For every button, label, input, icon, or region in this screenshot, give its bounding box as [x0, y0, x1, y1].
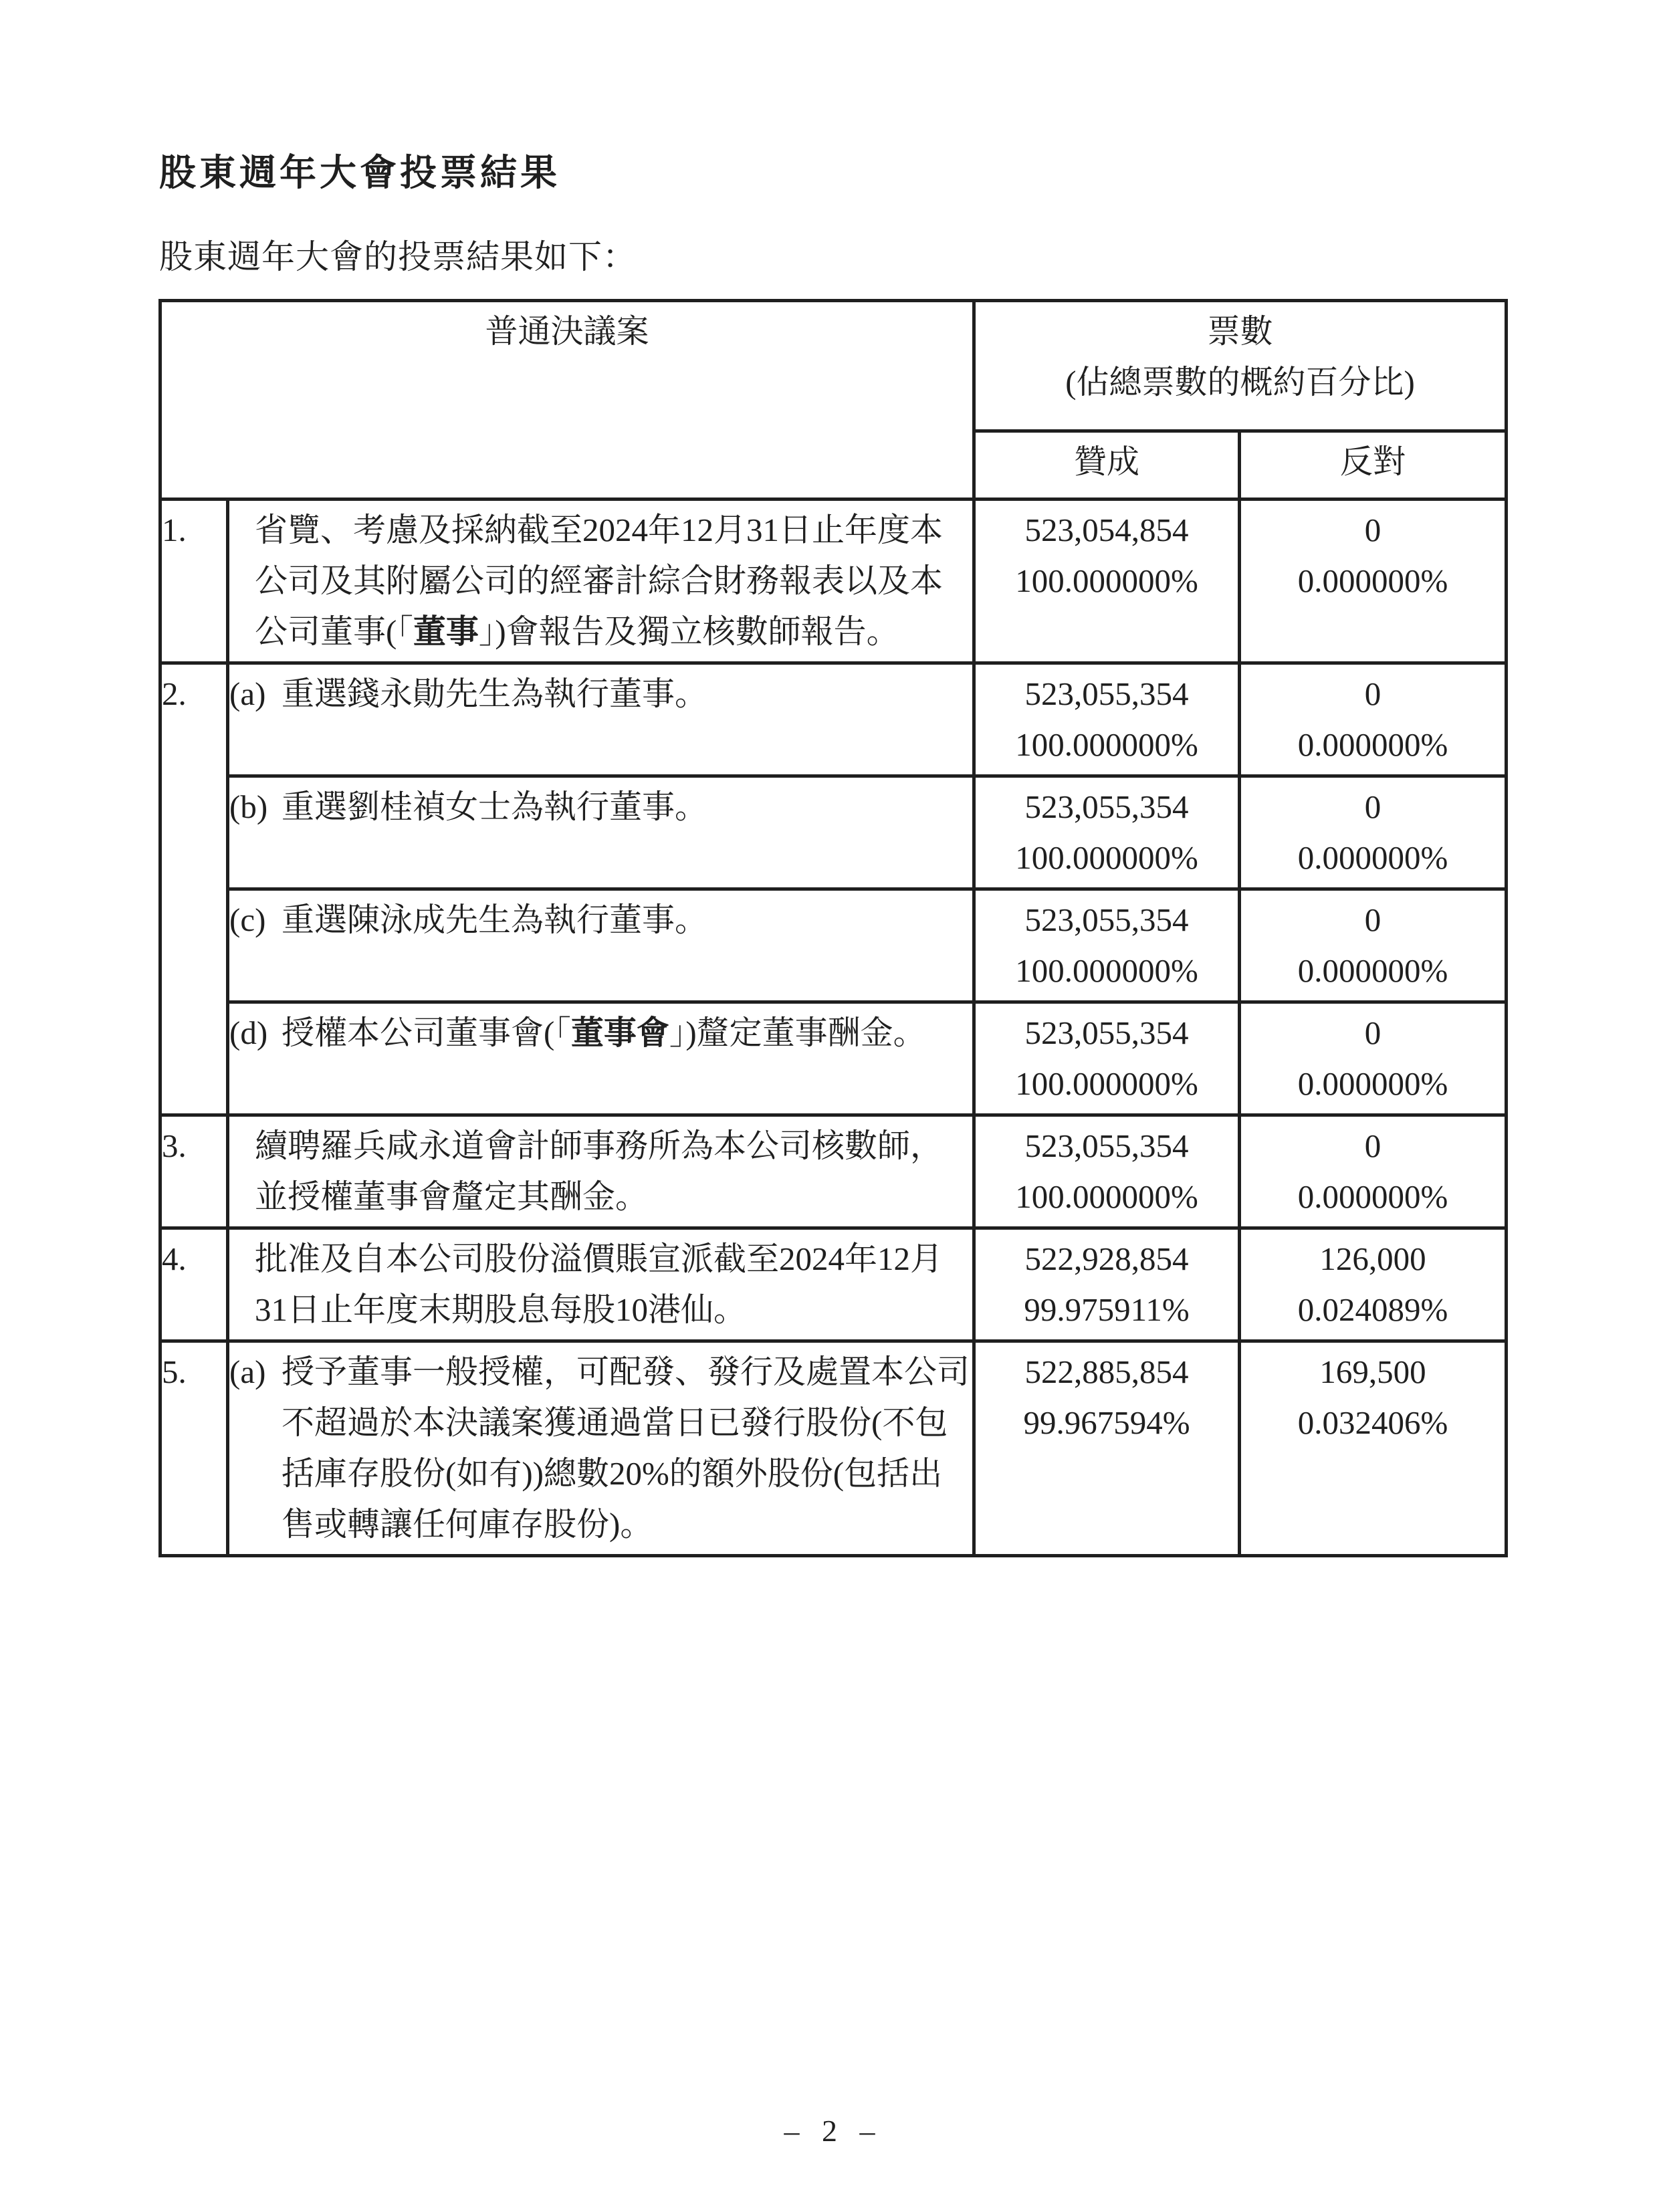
resolution-letter: (c)	[229, 895, 282, 946]
votes-for-cell: 523,054,854 100.000000%	[974, 500, 1240, 663]
votes-for-percent: 100.000000%	[976, 946, 1238, 996]
votes-against-count: 0	[1241, 669, 1505, 720]
votes-against-cell: 0 0.000000%	[1240, 1002, 1507, 1115]
column-header-against: 反對	[1240, 431, 1507, 500]
votes-against-percent: 0.000000%	[1241, 1059, 1505, 1109]
votes-for-cell: 522,885,854 99.967594%	[974, 1341, 1240, 1556]
votes-against-percent: 0.000000%	[1241, 833, 1505, 883]
resolution-text: 重選劉桂禎女士為執行董事。	[282, 782, 972, 833]
votes-against-percent: 0.000000%	[1241, 946, 1505, 996]
votes-for-count: 523,055,354	[976, 782, 1238, 833]
resolution-text: 授予董事一般授權，可配發、發行及處置本公司不超過於本決議案獲通過當日已發行股份(…	[282, 1347, 972, 1550]
header-row-top: 普通決議案 票數 (佔總票數的概約百分比)	[160, 301, 1507, 431]
votes-for-count: 522,885,854	[976, 1347, 1238, 1398]
votes-for-percent: 100.000000%	[976, 556, 1238, 606]
table-row-3: 3. 續聘羅兵咸永道會計師事務所為本公司核數師，並授權董事會釐定其酬金。 523…	[160, 1115, 1507, 1228]
resolution-number: 5.	[160, 1341, 228, 1556]
votes-against-count: 126,000	[1241, 1234, 1505, 1285]
resolution-text-cell: (b) 重選劉桂禎女士為執行董事。	[228, 776, 974, 889]
votes-for-percent: 99.975911%	[976, 1285, 1238, 1335]
votes-against-cell: 0 0.000000%	[1240, 663, 1507, 776]
votes-against-cell: 0 0.000000%	[1240, 1115, 1507, 1228]
votes-against-percent: 0.032406%	[1241, 1398, 1505, 1448]
resolution-text-cell: (a) 授予董事一般授權，可配發、發行及處置本公司不超過於本決議案獲通過當日已發…	[228, 1341, 974, 1556]
resolution-text: 重選陳泳成先生為執行董事。	[282, 895, 972, 946]
votes-for-percent: 100.000000%	[976, 720, 1238, 770]
votes-against-count: 0	[1241, 1008, 1505, 1059]
resolution-text-cell: (d) 授權本公司董事會(「董事會」)釐定董事酬金。	[228, 1002, 974, 1115]
table-row-5a: 5. (a) 授予董事一般授權，可配發、發行及處置本公司不超過於本決議案獲通過當…	[160, 1341, 1507, 1556]
votes-for-count: 523,055,354	[976, 895, 1238, 946]
table-row-1: 1. 省覽、考慮及採納截至2024年12月31日止年度本公司及其附屬公司的經審計…	[160, 500, 1507, 663]
column-header-resolutions: 普通決議案	[160, 301, 974, 500]
votes-for-count: 523,055,354	[976, 669, 1238, 720]
votes-against-percent: 0.000000%	[1241, 556, 1505, 606]
votes-for-count: 522,928,854	[976, 1234, 1238, 1285]
table-row-2d: (d) 授權本公司董事會(「董事會」)釐定董事酬金。 523,055,354 1…	[160, 1002, 1507, 1115]
table-row-2b: (b) 重選劉桂禎女士為執行董事。 523,055,354 100.000000…	[160, 776, 1507, 889]
votes-header-line1: 票數	[976, 306, 1505, 357]
votes-against-percent: 0.000000%	[1241, 1172, 1505, 1222]
votes-against-percent: 0.024089%	[1241, 1285, 1505, 1335]
votes-for-count: 523,055,354	[976, 1121, 1238, 1172]
votes-for-percent: 99.967594%	[976, 1398, 1238, 1448]
resolution-text-cell: 省覽、考慮及採納截至2024年12月31日止年度本公司及其附屬公司的經審計綜合財…	[228, 500, 974, 663]
resolution-number: 1.	[160, 500, 228, 663]
resolution-letter: (d)	[229, 1008, 282, 1059]
page-number: – 2 –	[0, 2113, 1659, 2148]
resolution-letter: (b)	[229, 782, 282, 833]
votes-against-count: 0	[1241, 895, 1505, 946]
votes-for-percent: 100.000000%	[976, 833, 1238, 883]
resolution-text: 授權本公司董事會(「董事會」)釐定董事酬金。	[282, 1008, 972, 1059]
votes-against-cell: 0 0.000000%	[1240, 889, 1507, 1002]
column-header-votes: 票數 (佔總票數的概約百分比)	[974, 301, 1507, 431]
column-header-for: 贊成	[974, 431, 1240, 500]
votes-against-count: 169,500	[1241, 1347, 1505, 1398]
votes-for-cell: 522,928,854 99.975911%	[974, 1228, 1240, 1341]
votes-against-cell: 126,000 0.024089%	[1240, 1228, 1507, 1341]
resolution-number: 3.	[160, 1115, 228, 1228]
resolution-text-cell: 批准及自本公司股份溢價賬宣派截至2024年12月31日止年度末期股息每股10港仙…	[228, 1228, 974, 1341]
votes-for-percent: 100.000000%	[976, 1172, 1238, 1222]
votes-for-cell: 523,055,354 100.000000%	[974, 1115, 1240, 1228]
resolution-text: 重選錢永勛先生為執行董事。	[282, 669, 972, 720]
resolution-letter: (a)	[229, 1347, 282, 1550]
resolution-text: 省覽、考慮及採納截至2024年12月31日止年度本公司及其附屬公司的經審計綜合財…	[255, 505, 972, 657]
resolution-text-cell: 續聘羅兵咸永道會計師事務所為本公司核數師，並授權董事會釐定其酬金。	[228, 1115, 974, 1228]
resolution-text-cell: (c) 重選陳泳成先生為執行董事。	[228, 889, 974, 1002]
votes-against-count: 0	[1241, 1121, 1505, 1172]
votes-against-count: 0	[1241, 505, 1505, 556]
resolution-text: 續聘羅兵咸永道會計師事務所為本公司核數師，並授權董事會釐定其酬金。	[255, 1121, 972, 1222]
document-page: 股東週年大會投票結果 股東週年大會的投票結果如下： 普通決議案 票數 (佔總票數…	[0, 0, 1659, 2212]
votes-for-count: 523,054,854	[976, 505, 1238, 556]
votes-for-count: 523,055,354	[976, 1008, 1238, 1059]
votes-against-count: 0	[1241, 782, 1505, 833]
votes-against-cell: 0 0.000000%	[1240, 776, 1507, 889]
table-row-4: 4. 批准及自本公司股份溢價賬宣派截至2024年12月31日止年度末期股息每股1…	[160, 1228, 1507, 1341]
votes-against-percent: 0.000000%	[1241, 720, 1505, 770]
intro-text: 股東週年大會的投票結果如下：	[159, 230, 637, 278]
resolution-number: 2.	[160, 663, 228, 1115]
votes-against-cell: 0 0.000000%	[1240, 500, 1507, 663]
resolution-number: 4.	[160, 1228, 228, 1341]
resolution-letter: (a)	[229, 669, 282, 720]
voting-results-table: 普通決議案 票數 (佔總票數的概約百分比) 贊成 反對 1. 省覽、考慮及採納截…	[158, 299, 1508, 1557]
resolution-text-cell: (a) 重選錢永勛先生為執行董事。	[228, 663, 974, 776]
votes-header-line2: (佔總票數的概約百分比)	[976, 357, 1505, 408]
table-row-2c: (c) 重選陳泳成先生為執行董事。 523,055,354 100.000000…	[160, 889, 1507, 1002]
page-title: 股東週年大會投票結果	[159, 143, 560, 196]
votes-for-cell: 523,055,354 100.000000%	[974, 776, 1240, 889]
votes-for-percent: 100.000000%	[976, 1059, 1238, 1109]
table-row-2a: 2. (a) 重選錢永勛先生為執行董事。 523,055,354 100.000…	[160, 663, 1507, 776]
votes-for-cell: 523,055,354 100.000000%	[974, 663, 1240, 776]
votes-for-cell: 523,055,354 100.000000%	[974, 1002, 1240, 1115]
resolution-text: 批准及自本公司股份溢價賬宣派截至2024年12月31日止年度末期股息每股10港仙…	[255, 1234, 972, 1335]
votes-against-cell: 169,500 0.032406%	[1240, 1341, 1507, 1556]
votes-for-cell: 523,055,354 100.000000%	[974, 889, 1240, 1002]
